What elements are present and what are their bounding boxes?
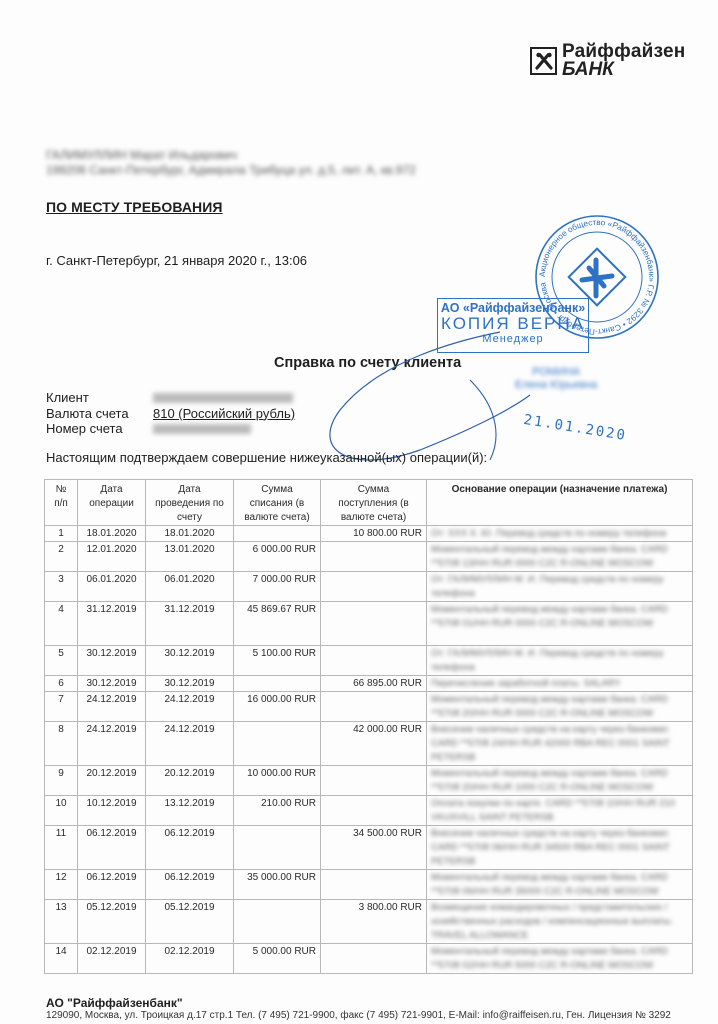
redacted-description: Моментальный перевод между картами банка… — [431, 693, 688, 721]
client-value-redacted — [153, 393, 293, 403]
col-header-credit: Сумма поступления (в валюте счета) — [321, 480, 427, 526]
row-op-date: 10.12.2019 — [78, 796, 146, 826]
table-row: 920.12.201920.12.201910 000.00 RURМомент… — [45, 766, 693, 796]
table-row: 1305.12.201905.12.20193 800.00 RURВозмещ… — [45, 900, 693, 944]
redacted-description: Оплата покупки по карте. CARD **5708 10/… — [431, 797, 688, 825]
row-post-date: 24.12.2019 — [146, 722, 234, 766]
row-number: 14 — [45, 944, 78, 974]
row-debit: 10 000.00 RUR — [234, 766, 321, 796]
row-debit: 45 869.67 RUR — [234, 602, 321, 646]
row-description: Моментальный перевод между картами банка… — [427, 602, 693, 646]
client-label: Клиент — [46, 390, 153, 406]
document-title: Справка по счету клиента — [274, 355, 461, 371]
row-debit: 7 000.00 RUR — [234, 572, 321, 602]
row-credit — [321, 796, 427, 826]
redacted-description: От: ГАЛИМУЛЛИН М. И. Перевод средств по … — [431, 573, 688, 601]
row-number: 9 — [45, 766, 78, 796]
stamp-bank-name: АО «Райффайзенбанк» — [438, 301, 588, 315]
row-number: 12 — [45, 870, 78, 900]
row-op-date: 05.12.2019 — [78, 900, 146, 944]
footer-company: АО "Райффайзенбанк" — [46, 996, 183, 1010]
row-credit — [321, 646, 427, 676]
recipient-address: 198206 Санкт-Петербург, Адмирала Трибуца… — [46, 163, 416, 178]
row-post-date: 30.12.2019 — [146, 676, 234, 692]
row-number: 11 — [45, 826, 78, 870]
row-credit — [321, 542, 427, 572]
row-description: Моментальный перевод между картами банка… — [427, 692, 693, 722]
row-post-date: 06.01.2020 — [146, 572, 234, 602]
row-credit — [321, 766, 427, 796]
row-post-date: 13.12.2019 — [146, 796, 234, 826]
row-number: 4 — [45, 602, 78, 646]
client-field: Клиент — [46, 390, 295, 406]
account-number-redacted — [153, 424, 251, 434]
currency-field: Валюта счета 810 (Российский рубль) — [46, 406, 295, 422]
stamp-date: 21.01.2020 — [522, 412, 628, 444]
row-description: Моментальный перевод между картами банка… — [427, 766, 693, 796]
table-header-row: № п/п Дата операции Дата проведения по с… — [45, 480, 693, 526]
row-debit: 5 000.00 RUR — [234, 944, 321, 974]
row-credit — [321, 870, 427, 900]
table-row: 630.12.201930.12.201966 895.00 RURПеречи… — [45, 676, 693, 692]
row-description: Моментальный перевод между картами банка… — [427, 542, 693, 572]
row-op-date: 02.12.2019 — [78, 944, 146, 974]
row-description: От: ХХХ Х. Ю. Перевод средств по номеру … — [427, 526, 693, 542]
redacted-description: Моментальный перевод между картами банка… — [431, 871, 688, 899]
table-row: 1106.12.201906.12.201934 500.00 RURВнесе… — [45, 826, 693, 870]
row-number: 10 — [45, 796, 78, 826]
row-description: Возмещение командировочных / представите… — [427, 900, 693, 944]
col-header-debit: Сумма списания (в валюте счета) — [234, 480, 321, 526]
redacted-description: Моментальный перевод между картами банка… — [431, 543, 688, 571]
row-op-date: 24.12.2019 — [78, 722, 146, 766]
row-description: Внесение наличных средств на карту через… — [427, 722, 693, 766]
row-credit: 42 000.00 RUR — [321, 722, 427, 766]
row-debit: 35 000.00 RUR — [234, 870, 321, 900]
row-debit: 5 100.00 RUR — [234, 646, 321, 676]
raiffeisen-gable-cross-icon — [530, 47, 557, 75]
row-op-date: 20.12.2019 — [78, 766, 146, 796]
row-description: Моментальный перевод между картами банка… — [427, 944, 693, 974]
row-op-date: 18.01.2020 — [78, 526, 146, 542]
account-number-label: Номер счета — [46, 421, 153, 437]
row-op-date: 06.12.2019 — [78, 870, 146, 900]
row-credit — [321, 572, 427, 602]
footer-address: 129090, Москва, ул. Троицкая д.17 стр.1 … — [46, 1010, 671, 1021]
row-description: От: ГАЛИМУЛЛИН М. И. Перевод средств по … — [427, 646, 693, 676]
row-description: Моментальный перевод между картами банка… — [427, 870, 693, 900]
currency-label: Валюта счета — [46, 406, 153, 422]
table-row: 212.01.202013.01.20206 000.00 RURМомента… — [45, 542, 693, 572]
table-row: 1402.12.201902.12.20195 000.00 RURМомент… — [45, 944, 693, 974]
account-info: Клиент Валюта счета 810 (Российский рубл… — [46, 390, 295, 437]
col-header-post-date: Дата проведения по счету — [146, 480, 234, 526]
row-post-date: 24.12.2019 — [146, 692, 234, 722]
row-description: Перечисление заработной платы. SALARY — [427, 676, 693, 692]
redacted-description: Моментальный перевод между картами банка… — [431, 603, 688, 631]
row-credit: 10 800.00 RUR — [321, 526, 427, 542]
bank-logo: Райффайзен БАНК — [530, 43, 685, 79]
row-op-date: 06.01.2020 — [78, 572, 146, 602]
row-debit — [234, 676, 321, 692]
row-debit: 6 000.00 RUR — [234, 542, 321, 572]
currency-value: 810 (Российский рубль) — [153, 406, 295, 422]
col-header-op-date: Дата операции — [78, 480, 146, 526]
table-row: 431.12.201931.12.201945 869.67 RURМомент… — [45, 602, 693, 646]
table-row: 530.12.201930.12.20195 100.00 RURОт: ГАЛ… — [45, 646, 693, 676]
row-description: От: ГАЛИМУЛЛИН М. И. Перевод средств по … — [427, 572, 693, 602]
row-credit — [321, 692, 427, 722]
row-post-date: 31.12.2019 — [146, 602, 234, 646]
row-post-date: 18.01.2020 — [146, 526, 234, 542]
confirmation-text: Настоящим подтверждаем совершение нижеук… — [46, 450, 487, 465]
row-number: 8 — [45, 722, 78, 766]
row-credit — [321, 944, 427, 974]
row-description: Оплата покупки по карте. CARD **5708 10/… — [427, 796, 693, 826]
col-header-description: Основание операции (назначение платежа) — [427, 480, 693, 526]
row-post-date: 05.12.2019 — [146, 900, 234, 944]
row-post-date: 30.12.2019 — [146, 646, 234, 676]
redacted-description: От: ХХХ Х. Ю. Перевод средств по номеру … — [431, 527, 688, 541]
row-op-date: 30.12.2019 — [78, 676, 146, 692]
operations-table: № п/п Дата операции Дата проведения по с… — [44, 479, 693, 974]
row-number: 6 — [45, 676, 78, 692]
recipient-block: ГАЛИМУЛЛИН Марат Ильдарович 198206 Санкт… — [46, 148, 416, 178]
operations-table-body: 118.01.202018.01.202010 800.00 RURОт: ХХ… — [45, 526, 693, 974]
table-row: 1010.12.201913.12.2019210.00 RURОплата п… — [45, 796, 693, 826]
redacted-description: Возмещение командировочных / представите… — [431, 901, 688, 943]
row-description: Внесение наличных средств на карту через… — [427, 826, 693, 870]
redacted-description: Моментальный перевод между картами банка… — [431, 767, 688, 795]
account-number-field: Номер счета — [46, 421, 295, 437]
row-post-date: 13.01.2020 — [146, 542, 234, 572]
row-credit: 66 895.00 RUR — [321, 676, 427, 692]
row-op-date: 06.12.2019 — [78, 826, 146, 870]
stamp-position: Менеджер — [438, 333, 588, 345]
row-credit: 3 800.00 RUR — [321, 900, 427, 944]
row-credit — [321, 602, 427, 646]
row-number: 3 — [45, 572, 78, 602]
row-post-date: 06.12.2019 — [146, 826, 234, 870]
redacted-description: Внесение наличных средств на карту через… — [431, 723, 688, 765]
row-op-date: 30.12.2019 — [78, 646, 146, 676]
place-and-date: г. Санкт-Петербург, 21 января 2020 г., 1… — [46, 253, 307, 268]
recipient-name: ГАЛИМУЛЛИН Марат Ильдарович — [46, 148, 416, 163]
row-number: 5 — [45, 646, 78, 676]
addressee-heading: ПО МЕСТУ ТРЕБОВАНИЯ — [46, 199, 223, 215]
table-row: 1206.12.201906.12.201935 000.00 RURМомен… — [45, 870, 693, 900]
row-number: 2 — [45, 542, 78, 572]
row-debit: 210.00 RUR — [234, 796, 321, 826]
redacted-description: От: ГАЛИМУЛЛИН М. И. Перевод средств по … — [431, 647, 688, 675]
row-post-date: 02.12.2019 — [146, 944, 234, 974]
row-debit — [234, 722, 321, 766]
row-debit: 16 000.00 RUR — [234, 692, 321, 722]
row-number: 13 — [45, 900, 78, 944]
stamp-copy-certified: КОПИЯ ВЕРНА — [438, 315, 588, 333]
row-post-date: 06.12.2019 — [146, 870, 234, 900]
row-credit: 34 500.00 RUR — [321, 826, 427, 870]
table-row: 306.01.202006.01.20207 000.00 RURОт: ГАЛ… — [45, 572, 693, 602]
row-op-date: 31.12.2019 — [78, 602, 146, 646]
table-row: 824.12.201924.12.201942 000.00 RURВнесен… — [45, 722, 693, 766]
redacted-description: Перечисление заработной платы. SALARY — [431, 677, 688, 691]
col-header-number: № п/п — [45, 480, 78, 526]
logo-text-line2: БАНК — [562, 61, 685, 79]
row-number: 1 — [45, 526, 78, 542]
row-post-date: 20.12.2019 — [146, 766, 234, 796]
row-debit — [234, 900, 321, 944]
table-row: 724.12.201924.12.201916 000.00 RURМомент… — [45, 692, 693, 722]
copy-certified-stamp: АО «Райффайзенбанк» КОПИЯ ВЕРНА Менеджер — [437, 298, 589, 353]
row-debit — [234, 826, 321, 870]
row-number: 7 — [45, 692, 78, 722]
redacted-description: Моментальный перевод между картами банка… — [431, 945, 688, 973]
row-op-date: 12.01.2020 — [78, 542, 146, 572]
table-row: 118.01.202018.01.202010 800.00 RURОт: ХХ… — [45, 526, 693, 542]
signer-name: РОМИНА Елена Юрьевна — [515, 366, 597, 392]
row-debit — [234, 526, 321, 542]
row-op-date: 24.12.2019 — [78, 692, 146, 722]
redacted-description: Внесение наличных средств на карту через… — [431, 827, 688, 869]
